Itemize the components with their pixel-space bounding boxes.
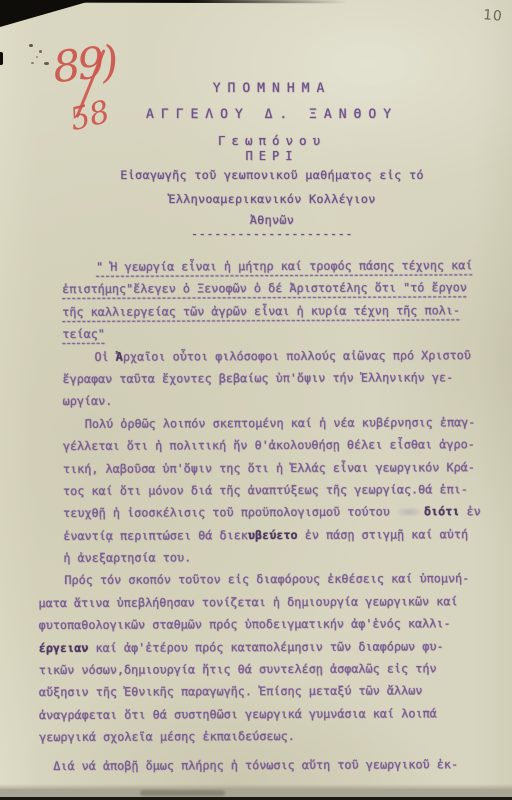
- scanned-document-page: 10 89) 58 ΥΠΟΜΝΗΜΑΑΓΓΕΛΟΥ Δ. ΞΑΝΘΟΥΓεωπό…: [0, 0, 512, 800]
- scan-bottom-edge: [0, 797, 512, 800]
- typed-line: έργειαν καί ἀφ'ἑτέρου πρός καταπολέμησιν…: [39, 635, 494, 659]
- ink-stain: [36, 56, 38, 58]
- title-block: ΥΠΟΜΝΗΜΑΑΓΓΕΛΟΥ Δ. ΞΑΝΘΟΥΓεωπόνουΠΕΡΙΕἰσ…: [72, 82, 472, 240]
- typed-line: ἔγραφαν ταῦτα ἔχοντες βεβαίως ὑπ'ὄψιν τή…: [62, 366, 492, 390]
- ink-stain: [31, 62, 34, 64]
- typed-line: τείας": [62, 321, 492, 345]
- typed-line: ματα ἅτινα ὑπεβλήθησαν τονίζεται ἡ δημιο…: [38, 590, 493, 614]
- typed-line: τική, λαβοῦσα ὑπ'ὄψιν της ὅτι ἡ Ἑλλάς εἶ…: [63, 456, 493, 480]
- title-line: Ἀθηνῶν: [72, 214, 472, 226]
- typed-line: ἡ ἀνεξαρτησία του.: [63, 545, 493, 569]
- typed-line: τευχθῇ ἡ ἰσοσκέλισις τοῦ προϋπολογισμοῦ …: [63, 500, 493, 524]
- typed-line: " Ἡ γεωργία εἶναι ἡ μήτηρ καί τροφός πάσ…: [62, 254, 492, 278]
- paragraph-quote: " Ἡ γεωργία εἶναι ἡ μήτηρ καί τροφός πάσ…: [62, 254, 492, 345]
- title-line: Γεωπόνου: [72, 134, 472, 147]
- handwritten-overwrite: υβεύετο: [248, 528, 298, 542]
- paragraph-p4: Πρός τόν σκοπόν τοῦτον εἰς διαφόρους ἐκθ…: [38, 568, 494, 749]
- handwritten-overwrite: έργειαν: [39, 641, 89, 655]
- typed-line: Οἱ Ἀρχαῖοι οὗτοι φιλόσοφοι πολλούς αἰῶνα…: [62, 344, 492, 368]
- title-line: ΥΠΟΜΝΗΜΑ: [72, 82, 472, 96]
- typed-line: ωργίαν.: [63, 388, 493, 412]
- typed-line: γεωργικά σχολεῖα μέσης ἐκπαιδεύσεως.: [39, 724, 494, 748]
- ink-stain: [29, 44, 33, 47]
- underlying-sheet-smudge: [140, 790, 225, 796]
- title-line: Εἰσαγωγῆς τοῦ γεωπονικοῦ μαθήματος εἰς τ…: [72, 169, 472, 181]
- typed-line: Πρός τόν σκοπόν τοῦτον εἰς διαφόρους ἐκθ…: [38, 568, 493, 592]
- typed-line: τος καί ὅτι μόνον διά τῆς ἀναπτύξεως τῆς…: [63, 478, 493, 502]
- title-line: ΑΓΓΕΛΟΥ Δ. ΞΑΝΘΟΥ: [72, 108, 472, 122]
- typed-line: ἐναντίᾳ περιπτώσει θά διεκυβεύετο ἐν πάσ…: [63, 523, 493, 547]
- scan-left-edge-sliver: [0, 52, 3, 65]
- handwritten-overwrite: διότι: [424, 505, 460, 519]
- typed-line: τῆς καλλιεργείας τῶν ἀγρῶν εἶναι ἡ κυρία…: [62, 299, 492, 323]
- typed-line: Διά νά ἀποβῇ ὅμως πλήρης ἡ τόνωσις αὕτη …: [47, 753, 494, 777]
- erasure-smudge: [397, 508, 421, 517]
- typed-line: Πολύ ὀρθῶς λοιπόν σκεπτομένη καί ἡ νέα κ…: [63, 411, 493, 435]
- typed-line: τικῶν νόσων,δημιουργία ἥτις θά συντελέσῃ…: [39, 657, 494, 681]
- page-number-pencil: 10: [483, 7, 504, 25]
- typed-line: φυτοπαθολογικῶν σταθμῶν πρός ὑποδειγματι…: [39, 612, 494, 636]
- title-line: ---------------------: [72, 228, 472, 240]
- typed-line: ἐπιστήμης"ἔλεγεν ὁ Ξενοφῶν ὁ δέ Ἀριστοτέ…: [62, 277, 492, 301]
- typed-line: αὔξησιν τῆς Ἐθνικῆς παραγωγῆς. Ἐπίσης με…: [39, 680, 494, 704]
- ink-stain: [44, 62, 49, 65]
- ink-stain: [39, 50, 42, 53]
- paragraph-p3: Πολύ ὀρθῶς λοιπόν σκεπτομένη καί ἡ νέα κ…: [63, 411, 494, 570]
- title-line: ΠΕΡΙ: [72, 150, 472, 162]
- title-line: Ἑλληνοαμερικανικόν Κολλέγιον: [72, 193, 472, 205]
- body-text: " Ἡ γεωργία εἶναι ἡ μήτηρ καί τροφός πάσ…: [62, 254, 494, 777]
- paragraph-p2: Οἱ Ἀρχαῖοι οὗτοι φιλόσοφοι πολλούς αἰῶνα…: [62, 344, 492, 413]
- paragraph-p5: Διά νά ἀποβῇ ὅμως πλήρης ἡ τόνωσις αὕτη …: [47, 753, 494, 777]
- typed-line: γέλλεται ὅτι ἡ πολιτική ἥν θ'ἀκολουθήσῃ …: [63, 433, 493, 457]
- typed-line: ἀναγράφεται ὅτι θά συστηθῶσι γεωργικά γυ…: [39, 702, 494, 726]
